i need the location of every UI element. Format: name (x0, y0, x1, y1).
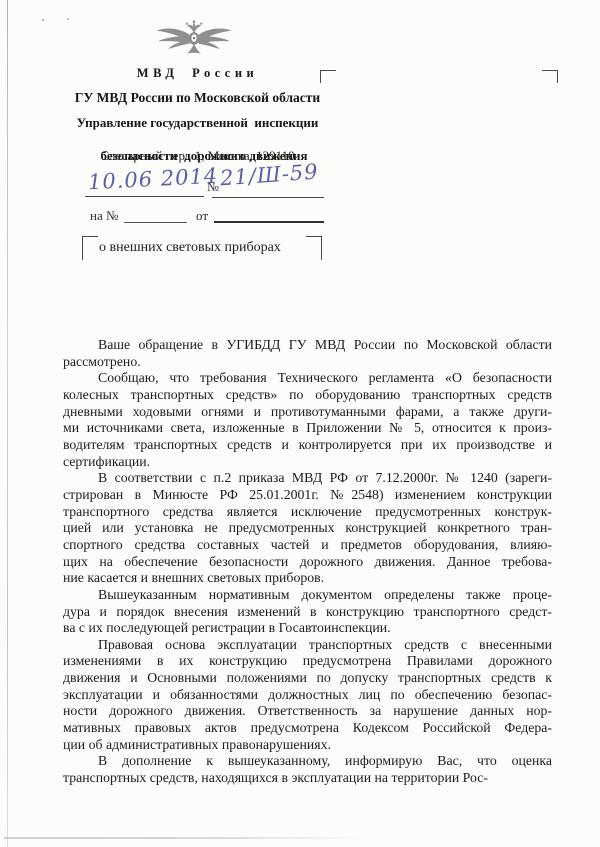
page-bottom-scan-artifact (4, 837, 364, 839)
subject-corner-left (82, 236, 98, 260)
mvd-emblem-eagle-icon (154, 20, 234, 61)
address-zone-corner-right (542, 70, 558, 83)
date-underline (85, 196, 204, 197)
paper-speck (67, 18, 69, 20)
body-text-line: щих на обеспечение безопасности дорожног… (63, 554, 552, 571)
in-reply-to-label: на № (90, 208, 118, 224)
body-text-line: транспортных средств, находящихся в эксп… (63, 770, 552, 787)
body-text-line: ние касается и внешних световых приборов… (63, 570, 552, 587)
scan-edge-artifact (7, 0, 8, 847)
body-text-line: дура и порядок внесения изменений в конс… (63, 604, 552, 621)
letter-body: Ваше обращение в УГИБДД ГУ МВД России по… (63, 337, 552, 787)
body-text-line: Сообщаю, что требования Технического рег… (63, 370, 552, 387)
body-text-line: Вышеуказанным нормативным документом опр… (63, 587, 552, 604)
body-text-line: мативных правовых актов предусмотрена Ко… (63, 720, 552, 737)
body-text-line: ности дорожного движения. Ответственност… (63, 703, 552, 720)
in-reply-from-label: от (196, 208, 208, 224)
body-text-line: дневными ходовыми огнями и противотуманн… (63, 404, 552, 421)
directorate-name: ГУ МВД России по Московской области (35, 90, 360, 106)
department-name-line1: Управление государственной инспекции (77, 115, 319, 130)
body-text-line: цией или установка не предусмотренных ко… (63, 520, 552, 537)
number-sign: № (207, 180, 219, 195)
in-reply-date-underline (214, 221, 324, 223)
paper-speck (42, 19, 44, 21)
body-text-line: транспортного средства является исключен… (63, 504, 552, 521)
body-text-line: спортного средства составных частей и пр… (63, 537, 552, 554)
body-text-line: В соответствии с п.2 приказа МВД РФ от 7… (63, 470, 552, 487)
number-underline (212, 197, 324, 198)
body-text-line: Ваше обращение в УГИБДД ГУ МВД России по… (63, 337, 552, 354)
body-text-line: ми источниками света, изложенные в Прило… (63, 420, 552, 437)
body-text-line: эксплуатации и обязанностями должностных… (63, 687, 552, 704)
body-text-line: рассмотрено. (63, 354, 552, 371)
body-text-line: ва с их последующей регистрации в Госавт… (63, 620, 552, 637)
body-text-line: В дополнение к вышеуказанному, информиру… (63, 753, 552, 770)
body-text-line: сертификации. (63, 454, 552, 471)
subject-line: о внешних световых приборах (99, 240, 281, 256)
in-reply-number-underline (124, 222, 187, 223)
ministry-title: МВД России (45, 66, 350, 81)
body-text-line: водителям транспортных средств и контрол… (63, 437, 552, 454)
address-zone-corner-left (320, 70, 336, 83)
body-text-line: стрирован в Минюсте РФ 25.01.2001г. №254… (63, 487, 552, 504)
body-text-line: ции об административных правонарушениях. (63, 737, 552, 754)
handwritten-date: 10.06 2014 (87, 164, 218, 195)
body-text-line: движения и Основными положениями по допу… (63, 670, 552, 687)
body-text-line: Правовая основа эксплуатации транспортны… (63, 637, 552, 654)
scanned-letter-page: МВД России ГУ МВД России по Московской о… (0, 0, 600, 847)
body-text-line: колесных транспортных средств» по оборуд… (63, 387, 552, 404)
body-text-line: изменениями в их конструкцию предусмотре… (63, 653, 552, 670)
subject-corner-right (306, 236, 322, 260)
